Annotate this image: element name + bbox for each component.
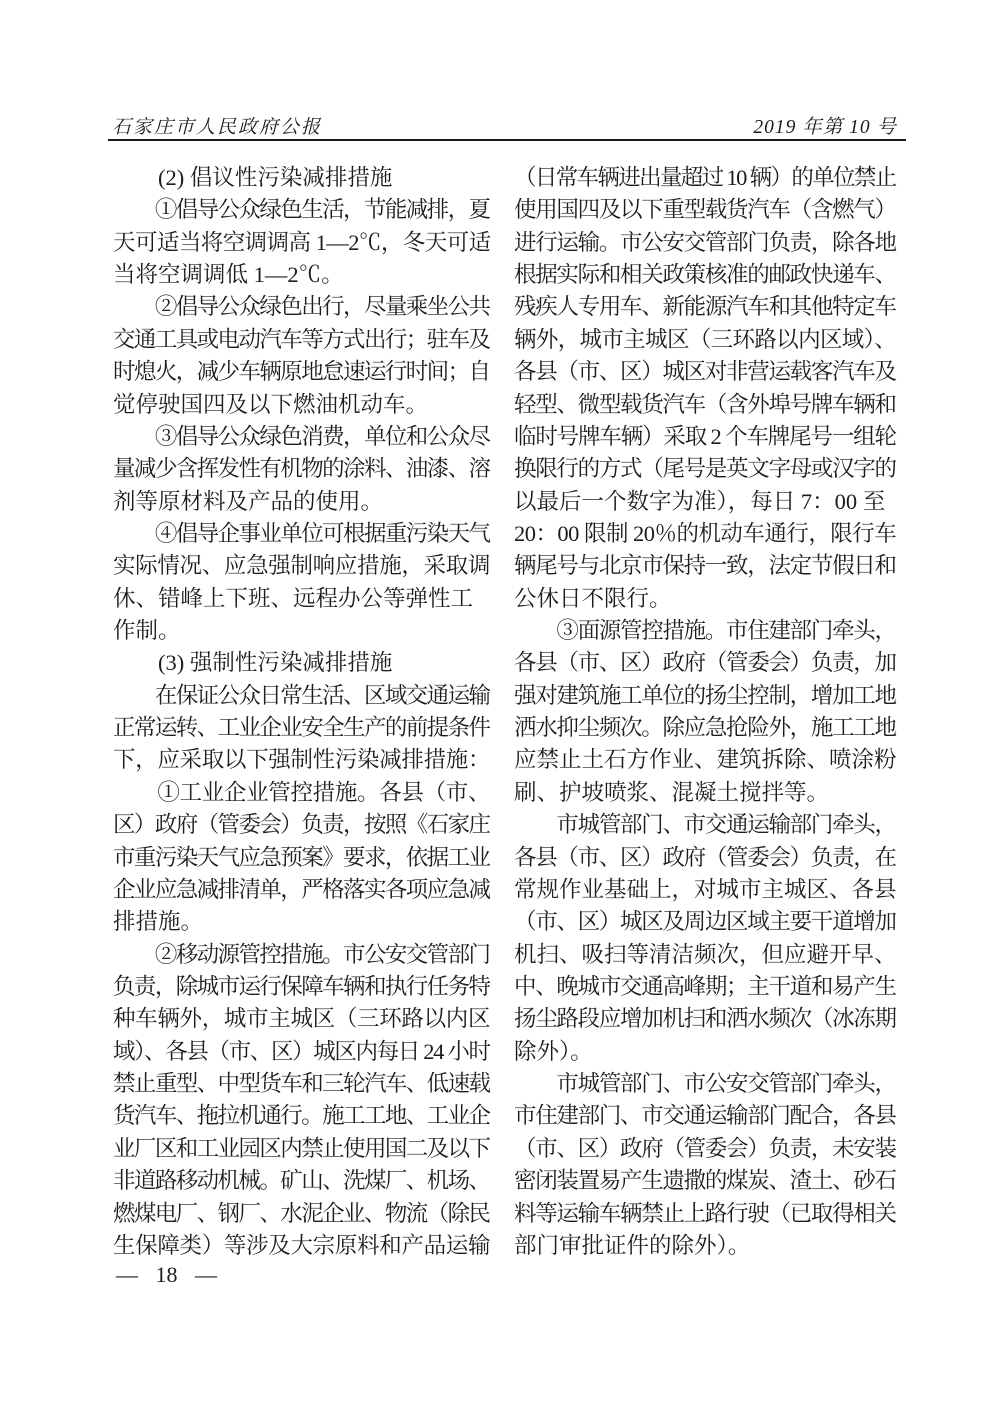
text-line: 货汽车、拖拉机通行。施工工地、工业企 — [113, 1100, 491, 1132]
text-line: 域）、各县（市、区）城区内每日 24 小时 — [113, 1036, 491, 1068]
text-line: （日常车辆进出量超过 10 辆）的单位禁止 — [514, 162, 897, 194]
text-line: 临时号牌车辆）采取 2 个车牌尾号一组轮 — [514, 421, 897, 453]
text-line: 天可适当将空调调高 1—2℃，冬天可适 — [113, 227, 491, 259]
text-line: 排措施。 — [113, 906, 491, 938]
text-line: 市城管部门、市交通运输部门牵头， — [514, 809, 897, 841]
text-line: 强对建筑施工单位的扬尘控制，增加工地 — [514, 680, 897, 712]
text-line: ①倡导公众绿色生活，节能减排，夏 — [113, 194, 491, 226]
text-line: 辆外，城市主城区（三环路以内区域）、 — [514, 324, 897, 356]
text-line: 各县（市、区）城区对非营运载客汽车及 — [514, 356, 897, 388]
text-line: 休、错峰上下班、远程办公等弹性工 — [113, 583, 491, 615]
text-line: 料等运输车辆禁止上路行驶（已取得相关 — [514, 1198, 897, 1230]
text-line: 轻型、微型载货汽车（含外埠号牌车辆和 — [514, 389, 897, 421]
text-line: 常规作业基础上，对城市主城区、各县 — [514, 874, 897, 906]
text-line: 负责，除城市运行保障车辆和执行任务特 — [113, 971, 491, 1003]
text-line: ②倡导公众绿色出行，尽量乘坐公共 — [113, 291, 491, 323]
text-line: 各县（市、区）政府（管委会）负责，在 — [514, 842, 897, 874]
text-line: 残疾人专用车、新能源汽车和其他特定车 — [514, 291, 897, 323]
text-line: (3) 强制性污染减排措施 — [113, 647, 491, 679]
gazette-page: 石家庄市人民政府公报 2019 年第 10 号 (2) 倡议性污染减排措施 ①倡… — [0, 0, 1000, 1414]
text-line: 20：00 限制 20％的机动车通行，限行车 — [514, 518, 897, 550]
right-column: （日常车辆进出量超过 10 辆）的单位禁止使用国四及以下重型载货汽车（含燃气）进… — [514, 162, 897, 1262]
text-line: 部门审批证件的除外）。 — [514, 1230, 897, 1262]
text-line: ③面源管控措施。市住建部门牵头， — [514, 615, 897, 647]
text-line: 正常运转、工业企业安全生产的前提条件 — [113, 712, 491, 744]
text-line: 禁止重型、中型货车和三轮汽车、低速载 — [113, 1068, 491, 1100]
text-line: 除外）。 — [514, 1036, 897, 1068]
text-line: 燃煤电厂、钢厂、水泥企业、物流（除民 — [113, 1198, 491, 1230]
text-line: 作制。 — [113, 615, 491, 647]
text-line: 各县（市、区）政府（管委会）负责，加 — [514, 647, 897, 679]
text-line: 交通工具或电动汽车等方式出行；驻车及 — [113, 324, 491, 356]
header-rule — [108, 139, 906, 141]
text-line: 市住建部门、市交通运输部门配合，各县 — [514, 1100, 897, 1132]
text-line: 当将空调调低 1—2℃。 — [113, 259, 491, 291]
text-line: 中、晚城市交通高峰期；主干道和易产生 — [514, 971, 897, 1003]
left-column: (2) 倡议性污染减排措施 ①倡导公众绿色生活，节能减排，夏天可适当将空调调高 … — [113, 162, 491, 1262]
text-line: 辆尾号与北京市保持一致，法定节假日和 — [514, 550, 897, 582]
text-line: （市、区）城区及周边区域主要干道增加 — [514, 906, 897, 938]
text-line: 以最后一个数字为准），每日 7：00 至 — [514, 486, 897, 518]
text-line: 量减少含挥发性有机物的涂料、油漆、溶 — [113, 453, 491, 485]
text-line: 刷、护坡喷浆、混凝土搅拌等。 — [514, 777, 897, 809]
text-line: 密闭装置易产生遗撒的煤炭、渣土、砂石 — [514, 1165, 897, 1197]
text-line: ①工业企业管控措施。各县（市、 — [113, 777, 491, 809]
text-line: 业厂区和工业园区内禁止使用国二及以下 — [113, 1133, 491, 1165]
text-line: 生保障类）等涉及大宗原料和产品运输 — [113, 1230, 491, 1262]
text-line: ③倡导公众绿色消费，单位和公众尽 — [113, 421, 491, 453]
text-line: 觉停驶国四及以下燃油机动车。 — [113, 389, 491, 421]
text-line: 剂等原材料及产品的使用。 — [113, 486, 491, 518]
text-line: 进行运输。市公安交管部门负责，除各地 — [514, 227, 897, 259]
text-line: 使用国四及以下重型载货汽车（含燃气） — [514, 194, 897, 226]
text-line: 非道路移动机械。矿山、洗煤厂、机场、 — [113, 1165, 491, 1197]
text-line: 下，应采取以下强制性污染减排措施： — [113, 744, 491, 776]
issue-number: 2019 年第 10 号 — [753, 111, 897, 139]
text-line: 市重污染天气应急预案》要求，依据工业 — [113, 842, 491, 874]
gazette-title: 石家庄市人民政府公报 — [112, 112, 322, 139]
text-line: 市城管部门、市公安交管部门牵头， — [514, 1068, 897, 1100]
text-line: 机扫、吸扫等清洁频次，但应避开早、 — [514, 939, 897, 971]
text-line: 洒水抑尘频次。除应急抢险外，施工工地 — [514, 712, 897, 744]
text-line: 种车辆外，城市主城区（三环路以内区 — [113, 1003, 491, 1035]
text-line: 企业应急减排清单，严格落实各项应急减 — [113, 874, 491, 906]
text-line: (2) 倡议性污染减排措施 — [113, 162, 491, 194]
text-line: 扬尘路段应增加机扫和洒水频次（冰冻期 — [514, 1003, 897, 1035]
text-line: 换限行的方式（尾号是英文字母或汉字的 — [514, 453, 897, 485]
text-line: 实际情况、应急强制响应措施，采取调 — [113, 550, 491, 582]
text-line: ②移动源管控措施。市公安交管部门 — [113, 939, 491, 971]
text-line: 应禁止土石方作业、建筑拆除、喷涂粉 — [514, 744, 897, 776]
text-line: 根据实际和相关政策核准的邮政快递车、 — [514, 259, 897, 291]
text-line: 时熄火，减少车辆原地怠速运行时间；自 — [113, 356, 491, 388]
page-number: — 18 — — [116, 1259, 217, 1291]
text-line: 在保证公众日常生活、区域交通运输 — [113, 680, 491, 712]
text-line: ④倡导企事业单位可根据重污染天气 — [113, 518, 491, 550]
text-line: （市、区）政府（管委会）负责，未安装 — [514, 1133, 897, 1165]
text-line: 公休日不限行。 — [514, 583, 897, 615]
text-line: 区）政府（管委会）负责，按照《石家庄 — [113, 809, 491, 841]
